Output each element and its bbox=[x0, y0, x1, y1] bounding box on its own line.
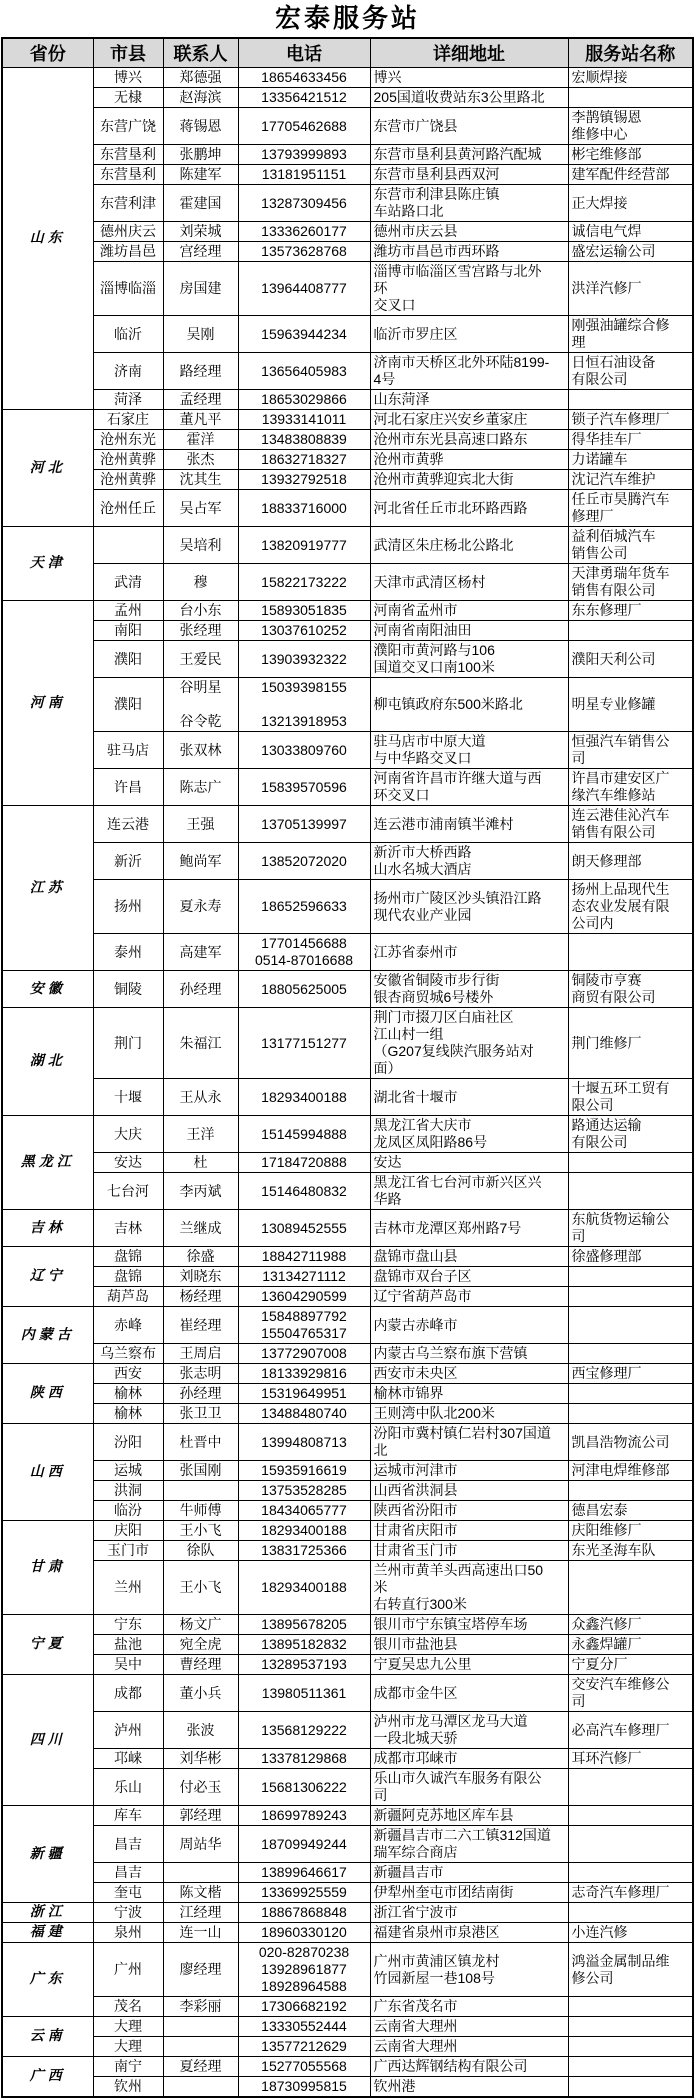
phone-cell: 17306682192 bbox=[238, 1997, 370, 2017]
contact-cell: 穆 bbox=[163, 564, 238, 601]
address-cell: 连云港市浦南镇半滩村 bbox=[370, 806, 568, 843]
phone-cell: 15146480832 bbox=[238, 1173, 370, 1210]
table-row: 洪洞13753528285山西省洪洞县 bbox=[2, 1481, 693, 1501]
station-cell bbox=[568, 2017, 693, 2037]
city-cell: 泸州 bbox=[93, 1712, 163, 1749]
phone-cell: 13964408777 bbox=[238, 262, 370, 316]
address-cell: 江苏省泰州市 bbox=[370, 934, 568, 971]
contact-cell: 刘晓东 bbox=[163, 1267, 238, 1287]
phone-cell: 13089452555 bbox=[238, 1210, 370, 1247]
province-cell: 四川 bbox=[2, 1675, 93, 1806]
station-cell: 朗天修理部 bbox=[568, 843, 693, 880]
phone-cell: 13378129868 bbox=[238, 1749, 370, 1769]
phone-cell: 13134271112 bbox=[238, 1267, 370, 1287]
station-cell: 小连汽修 bbox=[568, 1923, 693, 1943]
phone-cell: 13793999893 bbox=[238, 145, 370, 165]
address-cell: 黑龙江省七台河市新兴区兴 华路 bbox=[370, 1173, 568, 1210]
table-row: 浙江宁波江经理18867868848浙江省宁波市 bbox=[2, 1903, 693, 1923]
contact-cell: 张志明 bbox=[163, 1364, 238, 1384]
table-row: 东营广饶蒋锡恩17705462688东营市广饶县李鹊镇锡恩 维修中心 bbox=[2, 108, 693, 145]
station-cell bbox=[568, 934, 693, 971]
station-cell: 天津勇瑞年货车 销售有限公司 bbox=[568, 564, 693, 601]
phone-cell: 18730995815 bbox=[238, 2077, 370, 2098]
station-cell: 耳环汽修厂 bbox=[568, 1749, 693, 1769]
table-row: 兰州王小飞18293400188兰州市黄羊头西高速出口50 米 右转直行300米 bbox=[2, 1561, 693, 1615]
city-cell: 孟州 bbox=[93, 601, 163, 621]
contact-cell: 付必玉 bbox=[163, 1769, 238, 1806]
contact-cell: 廖经理 bbox=[163, 1943, 238, 1997]
city-cell: 泰州 bbox=[93, 934, 163, 971]
address-cell: 柳屯镇政府东500米路北 bbox=[370, 678, 568, 732]
table-row: 昌吉周站华18709949244新疆昌吉市二六工镇312国道 瑞军综合商店 bbox=[2, 1826, 693, 1863]
table-row: 奎屯陈文楷13369925559伊犁州奎屯市团结南街志奇汽车修理厂 bbox=[2, 1883, 693, 1903]
phone-cell: 13033809760 bbox=[238, 732, 370, 769]
table-row: 甘肃庆阳王小飞18293400188甘肃省庆阳市庆阳维修厂 bbox=[2, 1521, 693, 1541]
city-cell: 武清 bbox=[93, 564, 163, 601]
contact-cell: 霍建国 bbox=[163, 185, 238, 222]
province-cell: 江苏 bbox=[2, 806, 93, 971]
phone-cell: 13577212629 bbox=[238, 2037, 370, 2057]
contact-cell: 台小东 bbox=[163, 601, 238, 621]
phone-cell: 18293400188 bbox=[238, 1521, 370, 1541]
contact-cell: 王周启 bbox=[163, 1344, 238, 1364]
phone-cell: 15935916619 bbox=[238, 1461, 370, 1481]
table-row: 泸州张波13568129222泸州市龙马潭区龙马大道 一段北城天骄必高汽车修理厂 bbox=[2, 1712, 693, 1749]
city-cell: 盐池 bbox=[93, 1635, 163, 1655]
address-cell: 河北省任丘市北环路西路 bbox=[370, 490, 568, 527]
table-row: 吴中曹经理13289537193宁夏吴忠九公里宁夏分厂 bbox=[2, 1655, 693, 1675]
table-row: 邛崃刘华彬13378129868成都市邛崃市耳环汽修厂 bbox=[2, 1749, 693, 1769]
station-cell: 恒强汽车销售公 司 bbox=[568, 732, 693, 769]
city-cell: 宁东 bbox=[93, 1615, 163, 1635]
table-row: 七台河李丙斌15146480832黑龙江省七台河市新兴区兴 华路 bbox=[2, 1173, 693, 1210]
city-cell: 榆林 bbox=[93, 1384, 163, 1404]
city-cell: 淄博临淄 bbox=[93, 262, 163, 316]
address-cell: 广东省茂名市 bbox=[370, 1997, 568, 2017]
city-cell: 成都 bbox=[93, 1675, 163, 1712]
contact-cell: 曹经理 bbox=[163, 1655, 238, 1675]
station-cell: 十堰五环工贸有 限公司 bbox=[568, 1079, 693, 1116]
province-cell: 河北 bbox=[2, 410, 93, 527]
station-cell: 河津电焊维修部 bbox=[568, 1461, 693, 1481]
address-cell: 山东菏泽 bbox=[370, 390, 568, 410]
table-row: 云南大理13330552444云南省大理州 bbox=[2, 2017, 693, 2037]
contact-cell: 王洋 bbox=[163, 1116, 238, 1153]
city-cell: 西安 bbox=[93, 1364, 163, 1384]
table-row: 葫芦岛杨经理13604290599辽宁省葫芦岛市 bbox=[2, 1287, 693, 1307]
phone-cell: 13933141011 bbox=[238, 410, 370, 430]
phone-cell: 18867868848 bbox=[238, 1903, 370, 1923]
contact-cell: 郑德强 bbox=[163, 68, 238, 88]
address-cell: 汾阳市冀村镇仁岩村307国道 北 bbox=[370, 1424, 568, 1461]
phone-cell: 15145994888 bbox=[238, 1116, 370, 1153]
province-cell: 广东 bbox=[2, 1943, 93, 2017]
city-cell: 玉门市 bbox=[93, 1541, 163, 1561]
city-cell: 昌吉 bbox=[93, 1826, 163, 1863]
city-cell: 许昌 bbox=[93, 769, 163, 806]
contact-cell: 陈志广 bbox=[163, 769, 238, 806]
city-cell: 濮阳 bbox=[93, 641, 163, 678]
address-cell: 云南省大理州 bbox=[370, 2017, 568, 2037]
contact-cell: 张双林 bbox=[163, 732, 238, 769]
station-cell: 许昌市建安区广 缘汽车维修站 bbox=[568, 769, 693, 806]
station-cell: 交安汽车维修公 司 bbox=[568, 1675, 693, 1712]
phone-cell: 18842711988 bbox=[238, 1247, 370, 1267]
phone-cell: 17184720888 bbox=[238, 1153, 370, 1173]
address-cell: 内蒙古乌兰察布旗下营镇 bbox=[370, 1344, 568, 1364]
column-header-contact: 联系人 bbox=[163, 38, 238, 68]
phone-cell: 13181951151 bbox=[238, 165, 370, 185]
table-row: 江苏连云港王强13705139997连云港市浦南镇半滩村连云港佳沁汽车 销售有限… bbox=[2, 806, 693, 843]
province-cell: 安徽 bbox=[2, 971, 93, 1008]
contact-cell: 蒋锡恩 bbox=[163, 108, 238, 145]
station-cell bbox=[568, 1287, 693, 1307]
contact-cell: 夏经理 bbox=[163, 2057, 238, 2077]
phone-cell: 13488480740 bbox=[238, 1404, 370, 1424]
table-row: 广东广州廖经理020-82870238 13928961877 18928964… bbox=[2, 1943, 693, 1997]
station-cell bbox=[568, 390, 693, 410]
phone-cell: 13772907008 bbox=[238, 1344, 370, 1364]
phone-cell: 15893051835 bbox=[238, 601, 370, 621]
table-row: 沧州黄骅张杰18632718327沧州市黄骅力诺罐车 bbox=[2, 450, 693, 470]
station-cell bbox=[568, 621, 693, 641]
station-cell bbox=[568, 1997, 693, 2017]
address-cell: 沧州市东光县高速口路东 bbox=[370, 430, 568, 450]
address-cell: 潍坊市昌邑市西环路 bbox=[370, 242, 568, 262]
phone-cell: 13177151277 bbox=[238, 1008, 370, 1079]
station-cell: 东东修理厂 bbox=[568, 601, 693, 621]
station-cell: 东光圣海车队 bbox=[568, 1541, 693, 1561]
contact-cell: 徐队 bbox=[163, 1541, 238, 1561]
contact-cell: 李丙斌 bbox=[163, 1173, 238, 1210]
column-header-city: 市县 bbox=[93, 38, 163, 68]
address-cell: 内蒙古赤峰市 bbox=[370, 1307, 568, 1344]
address-cell: 黑龙江省大庆市 龙凤区凤阳路86号 bbox=[370, 1116, 568, 1153]
address-cell: 银川市宁东镇宝塔停车场 bbox=[370, 1615, 568, 1635]
phone-cell: 18960330120 bbox=[238, 1923, 370, 1943]
station-cell: 众鑫汽修厂 bbox=[568, 1615, 693, 1635]
city-cell: 扬州 bbox=[93, 880, 163, 934]
address-cell: 泸州市龙马潭区龙马大道 一段北城天骄 bbox=[370, 1712, 568, 1749]
province-cell: 内蒙古 bbox=[2, 1307, 93, 1364]
address-cell: 驻马店市中原大道 与中华路交叉口 bbox=[370, 732, 568, 769]
address-cell: 沧州市黄骅 bbox=[370, 450, 568, 470]
contact-cell bbox=[163, 2037, 238, 2057]
city-cell: 沧州黄骅 bbox=[93, 470, 163, 490]
province-cell: 云南 bbox=[2, 2017, 93, 2057]
table-row: 黑龙江大庆王洋15145994888黑龙江省大庆市 龙凤区凤阳路86号路通达运输… bbox=[2, 1116, 693, 1153]
city-cell: 菏泽 bbox=[93, 390, 163, 410]
city-cell: 东营广饶 bbox=[93, 108, 163, 145]
column-header-station: 服务站名称 bbox=[568, 38, 693, 68]
phone-cell: 15839570596 bbox=[238, 769, 370, 806]
station-cell: 志奇汽车修理厂 bbox=[568, 1883, 693, 1903]
city-cell: 邛崃 bbox=[93, 1749, 163, 1769]
station-cell: 西宝修理厂 bbox=[568, 1364, 693, 1384]
table-row: 武清穆15822173222天津市武清区杨村天津勇瑞年货车 销售有限公司 bbox=[2, 564, 693, 601]
province-cell: 吉林 bbox=[2, 1210, 93, 1247]
contact-cell: 刘华彬 bbox=[163, 1749, 238, 1769]
address-cell: 辽宁省葫芦岛市 bbox=[370, 1287, 568, 1307]
phone-cell: 13820919777 bbox=[238, 527, 370, 564]
city-cell: 荆门 bbox=[93, 1008, 163, 1079]
table-row: 泰州高建军17701456688 0514-87016688江苏省泰州市 bbox=[2, 934, 693, 971]
contact-cell: 徐盛 bbox=[163, 1247, 238, 1267]
phone-cell: 13656405983 bbox=[238, 353, 370, 390]
phone-cell: 13604290599 bbox=[238, 1287, 370, 1307]
address-cell: 新疆阿克苏地区库车县 bbox=[370, 1806, 568, 1826]
city-cell: 临汾 bbox=[93, 1501, 163, 1521]
station-cell bbox=[568, 1173, 693, 1210]
contact-cell: 杜 bbox=[163, 1153, 238, 1173]
phone-cell: 13336260177 bbox=[238, 222, 370, 242]
province-cell: 天津 bbox=[2, 527, 93, 601]
header-row: 省份市县联系人电话详细地址服务站名称 bbox=[2, 38, 693, 68]
station-cell bbox=[568, 1903, 693, 1923]
city-cell: 南宁 bbox=[93, 2057, 163, 2077]
table-row: 东营垦利陈建军13181951151东营市垦利县西双河建军配件经营部 bbox=[2, 165, 693, 185]
contact-cell: 陈建军 bbox=[163, 165, 238, 185]
province-cell: 山西 bbox=[2, 1424, 93, 1521]
city-cell: 无棣 bbox=[93, 88, 163, 108]
address-cell: 东营市广饶县 bbox=[370, 108, 568, 145]
table-row: 淄博临淄房国建13964408777淄博市临淄区雪宫路与北外 环 交叉口洪洋汽修… bbox=[2, 262, 693, 316]
contact-cell: 兰继成 bbox=[163, 1210, 238, 1247]
contact-cell: 赵海滨 bbox=[163, 88, 238, 108]
address-cell: 天津市武清区杨村 bbox=[370, 564, 568, 601]
table-row: 吉林吉林兰继成13089452555吉林市龙潭区郑州路7号东航货物运输公 司 bbox=[2, 1210, 693, 1247]
city-cell: 大理 bbox=[93, 2037, 163, 2057]
address-cell: 东营市垦利县黄河路汽配城 bbox=[370, 145, 568, 165]
phone-cell: 15277055568 bbox=[238, 2057, 370, 2077]
table-row: 钦州18730995815钦州港 bbox=[2, 2077, 693, 2098]
contact-cell: 宛全虎 bbox=[163, 1635, 238, 1655]
station-cell: 任丘市昊腾汽车 修理厂 bbox=[568, 490, 693, 527]
station-cell: 凯昌浩物流公司 bbox=[568, 1424, 693, 1461]
table-row: 安徽铜陵孙经理18805625005安徽省铜陵市步行街 银杏商贸城6号楼外铜陵市… bbox=[2, 971, 693, 1008]
station-cell: 李鹊镇锡恩 维修中心 bbox=[568, 108, 693, 145]
phone-cell: 13483808839 bbox=[238, 430, 370, 450]
contact-cell: 杜晋中 bbox=[163, 1424, 238, 1461]
service-station-document: 宏泰服务站 省份市县联系人电话详细地址服务站名称 山东博兴郑德强18654633… bbox=[0, 0, 695, 2098]
city-cell: 庆阳 bbox=[93, 1521, 163, 1541]
phone-cell: 13568129222 bbox=[238, 1712, 370, 1749]
station-cell bbox=[568, 1384, 693, 1404]
address-cell: 德州市庆云县 bbox=[370, 222, 568, 242]
table-row: 天津吴培利13820919777武清区朱庄杨北公路北益利佰城汽车 销售公司 bbox=[2, 527, 693, 564]
address-cell: 博兴 bbox=[370, 68, 568, 88]
phone-cell: 15681306222 bbox=[238, 1769, 370, 1806]
contact-cell: 王小飞 bbox=[163, 1521, 238, 1541]
phone-cell: 13852072020 bbox=[238, 843, 370, 880]
city-cell: 德州庆云 bbox=[93, 222, 163, 242]
city-cell: 汾阳 bbox=[93, 1424, 163, 1461]
contact-cell: 孙经理 bbox=[163, 971, 238, 1008]
phone-cell: 020-82870238 13928961877 18928964588 bbox=[238, 1943, 370, 1997]
address-cell: 西安市未央区 bbox=[370, 1364, 568, 1384]
address-cell: 银川市盐池县 bbox=[370, 1635, 568, 1655]
station-cell: 得华挂车厂 bbox=[568, 430, 693, 450]
city-cell: 沧州任丘 bbox=[93, 490, 163, 527]
city-cell: 沧州东光 bbox=[93, 430, 163, 450]
station-cell bbox=[568, 1806, 693, 1826]
contact-cell: 张国刚 bbox=[163, 1461, 238, 1481]
phone-cell: 18652596633 bbox=[238, 880, 370, 934]
station-cell: 连云港佳沁汽车 销售有限公司 bbox=[568, 806, 693, 843]
city-cell: 乌兰察布 bbox=[93, 1344, 163, 1364]
station-cell bbox=[568, 1769, 693, 1806]
address-cell: 新疆昌吉市二六工镇312国道 瑞军综合商店 bbox=[370, 1826, 568, 1863]
station-cell bbox=[568, 1267, 693, 1287]
table-row: 榆林张卫卫13488480740王则湾中队北200米 bbox=[2, 1404, 693, 1424]
phone-cell: 18133929816 bbox=[238, 1364, 370, 1384]
column-header-province: 省份 bbox=[2, 38, 93, 68]
table-row: 广西南宁夏经理15277055568广西达辉钢结构有限公司 bbox=[2, 2057, 693, 2077]
city-cell: 南阳 bbox=[93, 621, 163, 641]
station-cell: 正大焊接 bbox=[568, 185, 693, 222]
address-cell: 荆门市掇刀区白庙社区 江山村一组 （G207复线陕汽服务站对 面） bbox=[370, 1008, 568, 1079]
address-cell: 淄博市临淄区雪宫路与北外 环 交叉口 bbox=[370, 262, 568, 316]
station-cell: 永鑫焊罐厂 bbox=[568, 1635, 693, 1655]
city-cell: 葫芦岛 bbox=[93, 1287, 163, 1307]
phone-cell: 13932792518 bbox=[238, 470, 370, 490]
city-cell: 洪洞 bbox=[93, 1481, 163, 1501]
phone-cell: 15822173222 bbox=[238, 564, 370, 601]
address-cell: 东营市垦利县西双河 bbox=[370, 165, 568, 185]
city-cell: 东营垦利 bbox=[93, 165, 163, 185]
phone-cell: 17705462688 bbox=[238, 108, 370, 145]
phone-cell: 13980511361 bbox=[238, 1675, 370, 1712]
phone-cell: 13369925559 bbox=[238, 1883, 370, 1903]
station-cell bbox=[568, 1404, 693, 1424]
station-cell: 洪洋汽修厂 bbox=[568, 262, 693, 316]
table-row: 濮阳王爱民13903932322濮阳市黄河路与106 国道交叉口南100米濮阳天… bbox=[2, 641, 693, 678]
column-header-phone: 电话 bbox=[238, 38, 370, 68]
phone-cell: 13895678205 bbox=[238, 1615, 370, 1635]
address-cell: 山西省洪洞县 bbox=[370, 1481, 568, 1501]
contact-cell: 吴刚 bbox=[163, 316, 238, 353]
city-cell: 临沂 bbox=[93, 316, 163, 353]
table-row: 濮阳谷明星 谷令乾15039398155 13213918953柳屯镇政府东50… bbox=[2, 678, 693, 732]
address-cell: 盘锦市盘山县 bbox=[370, 1247, 568, 1267]
contact-cell bbox=[163, 1481, 238, 1501]
address-cell: 陕西省汾阳市 bbox=[370, 1501, 568, 1521]
city-cell: 十堰 bbox=[93, 1079, 163, 1116]
address-cell: 湖北省十堰市 bbox=[370, 1079, 568, 1116]
phone-cell: 18632718327 bbox=[238, 450, 370, 470]
phone-cell: 13356421512 bbox=[238, 88, 370, 108]
station-cell bbox=[568, 1153, 693, 1173]
station-cell: 扬州上品现代生 态农业发展有限 公司内 bbox=[568, 880, 693, 934]
contact-cell: 王从永 bbox=[163, 1079, 238, 1116]
station-cell bbox=[568, 1561, 693, 1615]
province-cell: 陕西 bbox=[2, 1364, 93, 1424]
contact-cell bbox=[163, 1863, 238, 1883]
province-cell: 甘肃 bbox=[2, 1521, 93, 1615]
city-cell: 奎屯 bbox=[93, 1883, 163, 1903]
contact-cell: 王爱民 bbox=[163, 641, 238, 678]
phone-cell: 13753528285 bbox=[238, 1481, 370, 1501]
city-cell: 盘锦 bbox=[93, 1267, 163, 1287]
contact-cell: 高建军 bbox=[163, 934, 238, 971]
station-cell: 庆阳维修厂 bbox=[568, 1521, 693, 1541]
city-cell: 库车 bbox=[93, 1806, 163, 1826]
address-cell: 新沂市大桥西路 山水名城大酒店 bbox=[370, 843, 568, 880]
province-cell: 辽宁 bbox=[2, 1247, 93, 1307]
table-row: 玉门市徐队13831725366甘肃省玉门市东光圣海车队 bbox=[2, 1541, 693, 1561]
station-cell bbox=[568, 2037, 693, 2057]
phone-cell: 18653029866 bbox=[238, 390, 370, 410]
contact-cell: 董凡平 bbox=[163, 410, 238, 430]
phone-cell: 13895182832 bbox=[238, 1635, 370, 1655]
city-cell: 博兴 bbox=[93, 68, 163, 88]
phone-cell: 13903932322 bbox=[238, 641, 370, 678]
station-cell bbox=[568, 1826, 693, 1863]
contact-cell: 房国建 bbox=[163, 262, 238, 316]
city-cell: 广州 bbox=[93, 1943, 163, 1997]
province-cell: 浙江 bbox=[2, 1903, 93, 1923]
contact-cell: 孟经理 bbox=[163, 390, 238, 410]
contact-cell: 张杰 bbox=[163, 450, 238, 470]
table-row: 临沂吴刚15963944234临沂市罗庄区刚强油罐综合修 理 bbox=[2, 316, 693, 353]
table-row: 昌吉13899646617新疆昌吉市 bbox=[2, 1863, 693, 1883]
address-cell: 成都市邛崃市 bbox=[370, 1749, 568, 1769]
table-row: 乐山付必玉15681306222乐山市久诚汽车服务有限公 司 bbox=[2, 1769, 693, 1806]
table-row: 济南路经理13656405983济南市天桥区北外环陆8199- 4号日恒石油设备… bbox=[2, 353, 693, 390]
station-cell: 建军配件经营部 bbox=[568, 165, 693, 185]
address-cell: 吉林市龙潭区郑州路7号 bbox=[370, 1210, 568, 1247]
phone-cell: 13287309456 bbox=[238, 185, 370, 222]
address-cell: 武清区朱庄杨北公路北 bbox=[370, 527, 568, 564]
contact-cell: 王小飞 bbox=[163, 1561, 238, 1615]
phone-cell: 15963944234 bbox=[238, 316, 370, 353]
table-row: 河南孟州台小东15893051835河南省孟州市东东修理厂 bbox=[2, 601, 693, 621]
address-cell: 205国道收费站东3公里路北 bbox=[370, 88, 568, 108]
station-cell: 鸿溢金属制品维 修公司 bbox=[568, 1943, 693, 1997]
table-row: 潍坊昌邑宫经理13573628768潍坊市昌邑市西环路盛宏运输公司 bbox=[2, 242, 693, 262]
city-cell: 吴中 bbox=[93, 1655, 163, 1675]
table-row: 临汾牛师傅18434065777陕西省汾阳市德昌宏泰 bbox=[2, 1501, 693, 1521]
contact-cell bbox=[163, 2077, 238, 2098]
address-cell: 榆林市锦界 bbox=[370, 1384, 568, 1404]
contact-cell: 张鹏坤 bbox=[163, 145, 238, 165]
city-cell: 东营垦利 bbox=[93, 145, 163, 165]
city-cell: 沧州黄骅 bbox=[93, 450, 163, 470]
table-row: 盐池宛全虎13895182832银川市盐池县永鑫焊罐厂 bbox=[2, 1635, 693, 1655]
station-cell bbox=[568, 2057, 693, 2077]
city-cell: 大理 bbox=[93, 2017, 163, 2037]
phone-cell: 13705139997 bbox=[238, 806, 370, 843]
phone-cell: 15319649951 bbox=[238, 1384, 370, 1404]
station-cell: 明星专业修罐 bbox=[568, 678, 693, 732]
station-cell: 盛宏运输公司 bbox=[568, 242, 693, 262]
station-cell: 徐盛修理部 bbox=[568, 1247, 693, 1267]
phone-cell: 18654633456 bbox=[238, 68, 370, 88]
table-row: 山西汾阳杜晋中13994808713汾阳市冀村镇仁岩村307国道 北凯昌浩物流公… bbox=[2, 1424, 693, 1461]
table-row: 沧州任丘吴占军18833716000河北省任丘市北环路西路任丘市昊腾汽车 修理厂 bbox=[2, 490, 693, 527]
city-cell: 乐山 bbox=[93, 1769, 163, 1806]
phone-cell: 13289537193 bbox=[238, 1655, 370, 1675]
table-row: 福建泉州连一山18960330120福建省泉州市泉港区小连汽修 bbox=[2, 1923, 693, 1943]
service-station-table: 省份市县联系人电话详细地址服务站名称 山东博兴郑德强18654633456博兴宏… bbox=[1, 37, 694, 2098]
phone-cell: 18709949244 bbox=[238, 1826, 370, 1863]
province-cell: 广西 bbox=[2, 2057, 93, 2098]
city-cell: 七台河 bbox=[93, 1173, 163, 1210]
station-cell: 锁子汽车修理厂 bbox=[568, 410, 693, 430]
phone-cell: 18833716000 bbox=[238, 490, 370, 527]
contact-cell: 王强 bbox=[163, 806, 238, 843]
city-cell: 钦州 bbox=[93, 2077, 163, 2098]
